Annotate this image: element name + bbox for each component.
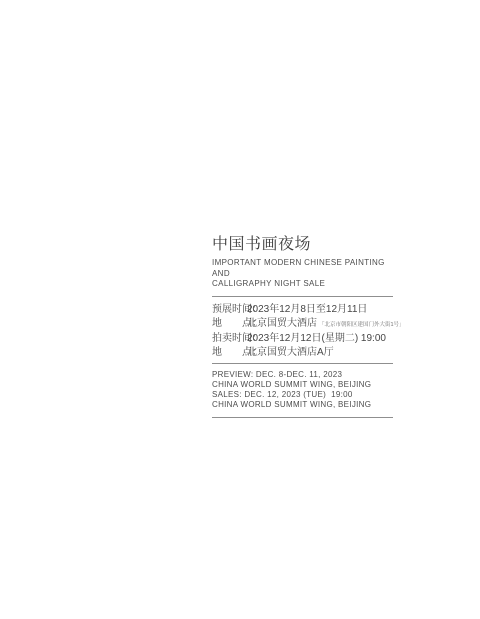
auction-location-label: 地 点： bbox=[212, 346, 247, 360]
schedule-english: PREVIEW: DEC. 8-DEC. 11, 2023 CHINA WORL… bbox=[212, 370, 393, 411]
divider-top bbox=[212, 296, 393, 297]
preview-time-label: 预展时间： bbox=[212, 303, 247, 317]
schedule-chinese: 预展时间： 2023年12月8日至12月11日 地 点： 北京国贸大酒店 「北京… bbox=[212, 303, 393, 361]
sale-title-english: IMPORTANT MODERN CHINESE PAINTING AND CA… bbox=[212, 258, 393, 290]
divider-bottom bbox=[212, 417, 393, 418]
sale-info-block: 中国书画夜场 IMPORTANT MODERN CHINESE PAINTING… bbox=[212, 236, 393, 418]
catalog-page: 中国书画夜场 IMPORTANT MODERN CHINESE PAINTING… bbox=[0, 0, 480, 619]
preview-time-row: 预展时间： 2023年12月8日至12月11日 bbox=[212, 303, 393, 317]
preview-time-english: PREVIEW: DEC. 8-DEC. 11, 2023 bbox=[212, 370, 393, 380]
preview-location-address-note: 「北京市朝阳区建国门外大街1号」 bbox=[319, 318, 405, 332]
divider-middle bbox=[212, 363, 393, 364]
auction-time-row: 拍卖时间： 2023年12月12日(星期二) 19:00 bbox=[212, 332, 393, 346]
preview-location-row: 地 点： 北京国贸大酒店 「北京市朝阳区建国门外大街1号」 bbox=[212, 317, 393, 332]
auction-time-label: 拍卖时间： bbox=[212, 332, 247, 346]
sale-title-chinese: 中国书画夜场 bbox=[212, 236, 393, 254]
preview-venue-english: CHINA WORLD SUMMIT WING, BEIJING bbox=[212, 380, 393, 390]
preview-location-label: 地 点： bbox=[212, 317, 247, 331]
sale-time-english: SALES: DEC. 12, 2023 (TUE) 19:00 bbox=[212, 390, 393, 400]
auction-time-value: 2023年12月12日(星期二) 19:00 bbox=[247, 332, 386, 346]
preview-time-value: 2023年12月8日至12月11日 bbox=[247, 303, 367, 317]
preview-location-value: 北京国贸大酒店 bbox=[247, 317, 317, 331]
auction-location-value: 北京国贸大酒店A厅 bbox=[247, 346, 334, 360]
sale-venue-english: CHINA WORLD SUMMIT WING, BEIJING bbox=[212, 400, 393, 410]
auction-location-row: 地 点： 北京国贸大酒店A厅 bbox=[212, 346, 393, 360]
